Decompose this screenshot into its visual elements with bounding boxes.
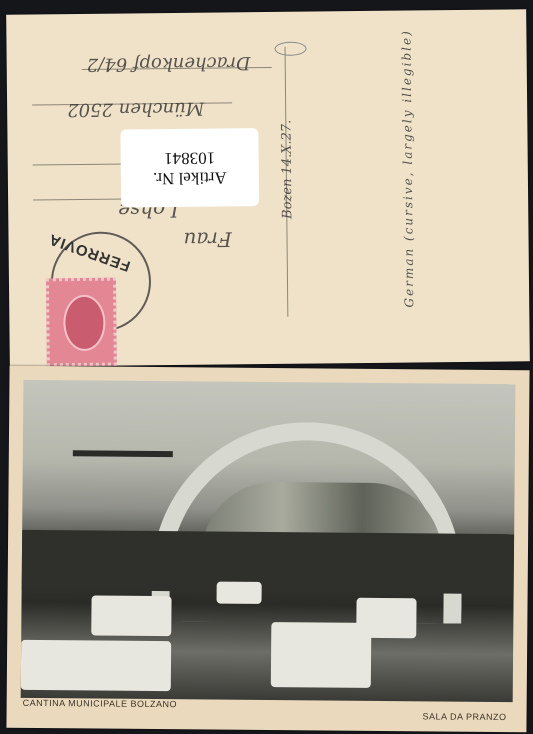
caption-room: SALA DA PRANZO	[422, 711, 506, 722]
dining-table	[91, 595, 171, 636]
date-handwriting: Bozen 14.X.27.	[279, 120, 295, 219]
message-handwriting: German (cursive, largely illegible)	[399, 7, 416, 307]
postage-stamp	[46, 278, 117, 367]
address-handwriting: Drachenkopf 64/2	[87, 52, 251, 75]
address-handwriting: München 2502	[67, 98, 204, 120]
dining-table	[21, 640, 171, 691]
article-number: 103841	[164, 148, 215, 169]
article-number-label: Artikel Nr. 103841	[120, 128, 259, 207]
chandelier	[73, 400, 173, 457]
dining-table	[356, 598, 416, 639]
wood-paneling	[22, 530, 515, 594]
publisher-logo	[274, 42, 306, 56]
stamp-portrait	[63, 295, 106, 351]
postcard-back: Drachenkopf 64/2 München 2502 Lohse Frau…	[6, 9, 530, 366]
dining-hall-photo	[21, 380, 516, 702]
caption-location: CANTINA MUNICIPALE BOLZANO	[23, 698, 177, 709]
article-label-title: Artikel Nr.	[153, 167, 227, 188]
address-handwriting: Frau	[183, 227, 231, 252]
dining-table	[217, 582, 262, 604]
postcard-front: CANTINA MUNICIPALE BOLZANO SALA DA PRANZ…	[6, 366, 529, 733]
